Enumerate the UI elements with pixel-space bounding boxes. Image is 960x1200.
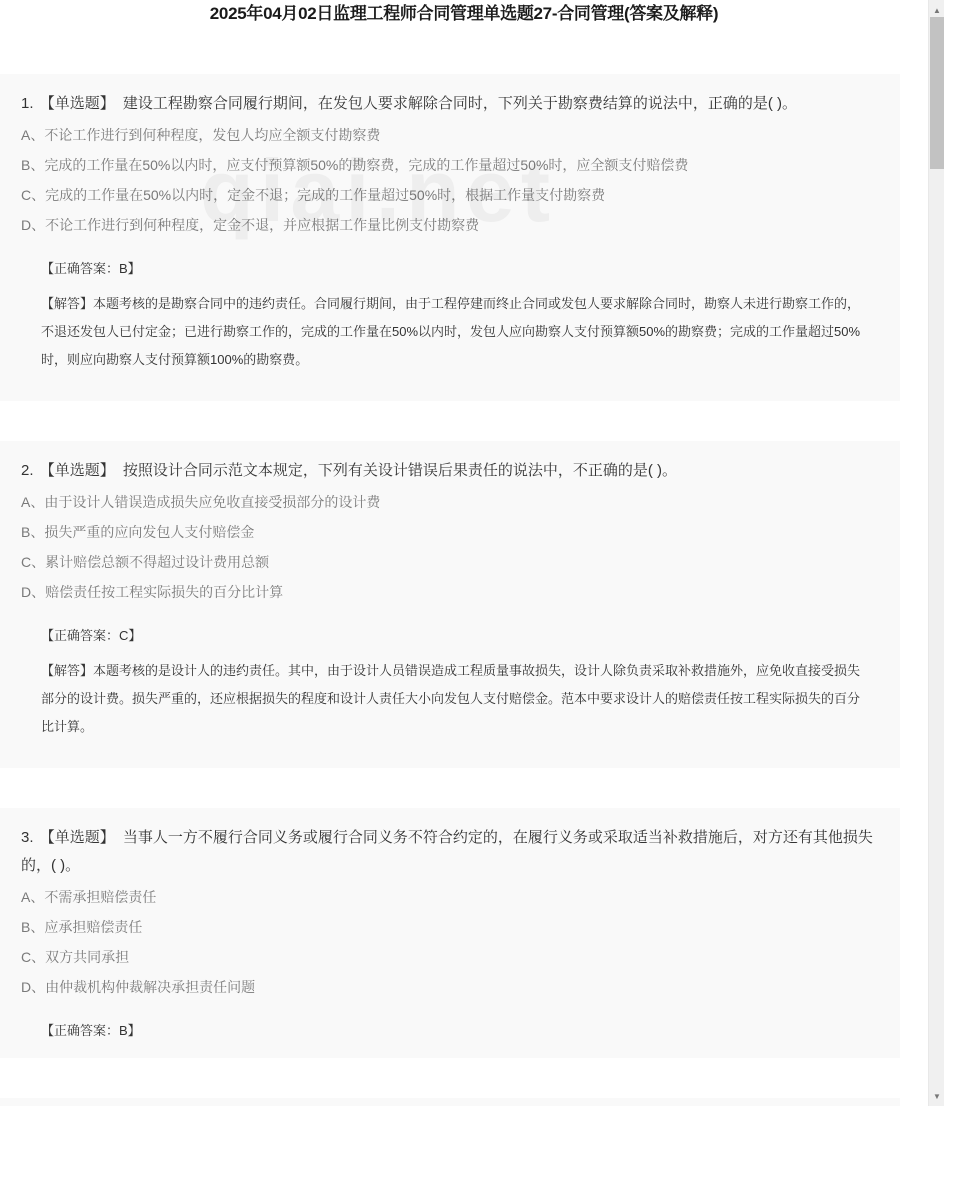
option-a[interactable]: A、不需承担赔偿责任 (21, 882, 880, 912)
option-c[interactable]: C、双方共同承担 (21, 942, 880, 972)
option-b[interactable]: B、应承担赔偿责任 (21, 912, 880, 942)
option-b[interactable]: B、损失严重的应向发包人支付赔偿金 (21, 517, 880, 547)
question-card-4-partial (0, 1098, 900, 1106)
option-c[interactable]: C、完成的工作量在50%以内时，定金不退；完成的工作量超过50%时，根据工作量支… (21, 180, 880, 210)
question-stem: 3. 【单选题】 当事人一方不履行合同义务或履行合同义务不符合约定的，在履行义务… (21, 824, 880, 880)
scroll-up-arrow-icon[interactable]: ▲ (929, 2, 945, 18)
question-text: 按照设计合同示范文本规定，下列有关设计错误后果责任的说法中，不正确的是( )。 (123, 462, 677, 479)
option-d[interactable]: D、不论工作进行到何种程度，定金不退，并应根据工作量比例支付勘察费 (21, 210, 880, 240)
question-number: 2. (21, 462, 34, 479)
option-d[interactable]: D、赔偿责任按工程实际损失的百分比计算 (21, 577, 880, 607)
option-b[interactable]: B、完成的工作量在50%以内时，应支付预算额50%的勘察费，完成的工作量超过50… (21, 150, 880, 180)
explanation: 【解答】本题考核的是设计人的违约责任。其中，由于设计人员错误造成工程质量事故损失… (21, 657, 880, 741)
vertical-scrollbar[interactable]: ▲ ▼ (928, 0, 944, 1106)
option-c[interactable]: C、累计赔偿总额不得超过设计费用总额 (21, 547, 880, 577)
question-number: 3. (21, 829, 34, 846)
option-a[interactable]: A、不论工作进行到何种程度，发包人均应全额支付勘察费 (21, 120, 880, 150)
correct-answer: 【正确答案：B】 (21, 1020, 880, 1042)
explanation: 【解答】本题考核的是勘察合同中的违约责任。合同履行期间，由于工程停建而终止合同或… (21, 290, 880, 374)
page-title: 2025年04月02日监理工程师合同管理单选题27-合同管理(答案及解释) (0, 3, 928, 25)
correct-answer: 【正确答案：C】 (21, 625, 880, 647)
question-number: 1. (21, 95, 34, 112)
question-type: 【单选题】 (40, 829, 115, 846)
question-card-1: 1. 【单选题】 建设工程勘察合同履行期间，在发包人要求解除合同时，下列关于勘察… (0, 74, 900, 401)
page-viewport: 2025年04月02日监理工程师合同管理单选题27-合同管理(答案及解释) 1.… (0, 0, 960, 1106)
question-type: 【单选题】 (40, 462, 115, 479)
question-type: 【单选题】 (40, 95, 115, 112)
option-a[interactable]: A、由于设计人错误造成损失应免收直接受损部分的设计费 (21, 487, 880, 517)
question-text: 建设工程勘察合同履行期间，在发包人要求解除合同时，下列关于勘察费结算的说法中，正… (123, 95, 797, 112)
scroll-down-arrow-icon[interactable]: ▼ (929, 1088, 945, 1104)
question-stem: 2. 【单选题】 按照设计合同示范文本规定，下列有关设计错误后果责任的说法中，不… (21, 457, 880, 485)
option-d[interactable]: D、由仲裁机构仲裁解决承担责任问题 (21, 972, 880, 1002)
question-card-3: 3. 【单选题】 当事人一方不履行合同义务或履行合同义务不符合约定的，在履行义务… (0, 808, 900, 1058)
question-card-2: 2. 【单选题】 按照设计合同示范文本规定，下列有关设计错误后果责任的说法中，不… (0, 441, 900, 768)
correct-answer: 【正确答案：B】 (21, 258, 880, 280)
scrollbar-thumb[interactable] (930, 17, 944, 169)
question-stem: 1. 【单选题】 建设工程勘察合同履行期间，在发包人要求解除合同时，下列关于勘察… (21, 90, 880, 118)
question-text: 当事人一方不履行合同义务或履行合同义务不符合约定的，在履行义务或采取适当补救措施… (21, 829, 873, 874)
